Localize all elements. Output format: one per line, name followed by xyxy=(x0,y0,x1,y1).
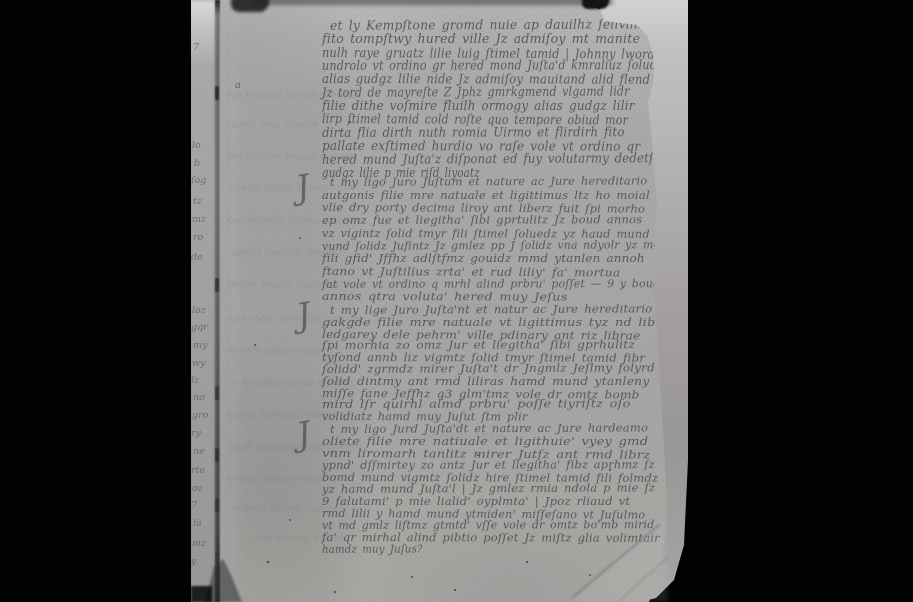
manuscript-photograph: 7lobſogtzmzrodelozgqrmywylznogrorynerteo… xyxy=(0,0,913,602)
facing-page-script-fragment: ſog xyxy=(191,175,206,186)
facing-page-script-fragment: 7 xyxy=(193,42,199,53)
facing-page-script-fragment: rte xyxy=(191,465,205,476)
paragraph-initial-letter: J xyxy=(294,413,314,454)
facing-page-script-fragment: oz xyxy=(192,483,203,494)
facing-page-script-fragment: b xyxy=(194,158,200,169)
facing-page-script-fragment: gqr xyxy=(191,322,208,333)
gutter-ink-ticks xyxy=(215,86,219,100)
facing-page-script-fragment: no xyxy=(193,392,205,403)
facing-page-script-fragment: ne xyxy=(193,446,205,457)
facing-page-script-fragment: mz xyxy=(192,538,206,549)
facing-page-script-fragment: my xyxy=(193,340,207,351)
facing-page-script-fragment: lz xyxy=(191,375,199,386)
manuscript-page: a nmue omne smuen nomnem une nmoomnes nu… xyxy=(219,0,667,602)
facing-page-script-fragment: de xyxy=(191,252,203,263)
facing-page-script-fragment: gro xyxy=(192,410,208,421)
facing-page-script-fragment: wy xyxy=(192,358,206,369)
facing-page-script-fragment: lo xyxy=(192,140,201,151)
facing-page-script-fragment: loz xyxy=(192,305,206,316)
top-edge-shadow xyxy=(255,0,613,5)
top-right-tear-notch xyxy=(582,0,609,9)
facing-page-script-fragment: y xyxy=(191,556,196,567)
facing-page-script-fragment: mz xyxy=(192,214,206,225)
script-block: Jt my ligo Jurd Juſta'dt et nature ac Ju… xyxy=(219,0,667,602)
facing-page-script-fragment: ry xyxy=(191,428,201,439)
script-line: hamdz muy Juſus? xyxy=(322,542,423,556)
top-left-tear-notch xyxy=(231,0,269,12)
facing-page-script-fragment: la xyxy=(193,518,202,529)
facing-page-script-fragment: 7 xyxy=(191,500,197,511)
facing-page-script-fragment: tz xyxy=(193,196,202,207)
facing-page-script-fragment: ro xyxy=(193,232,203,243)
